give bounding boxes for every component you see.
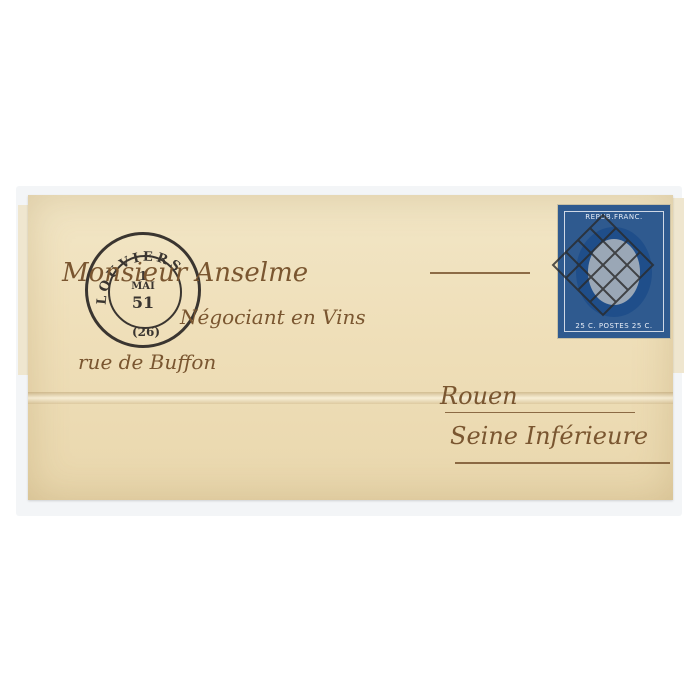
postmark-department: (26) <box>126 325 166 339</box>
address-line-3: rue de Buffon <box>78 350 216 374</box>
postmark-year: 51 <box>126 293 160 312</box>
flourish-line <box>430 272 530 274</box>
address-line-5: Seine Inférieure <box>450 422 648 450</box>
underline-city <box>445 412 635 413</box>
address-line-1: Monsieur Anselme <box>62 258 308 288</box>
fold-crease <box>28 392 673 404</box>
address-line-2: Négociant en Vins <box>180 305 366 329</box>
grid-cancel-icon <box>548 210 658 320</box>
underline-department <box>455 462 670 464</box>
postmark-cds: LOUVIERS 1 MAI 51 (26) <box>85 232 201 348</box>
stamp-bottom-text: 25 C. POSTES 25 C. <box>558 322 670 330</box>
address-line-4: Rouen <box>440 382 518 410</box>
